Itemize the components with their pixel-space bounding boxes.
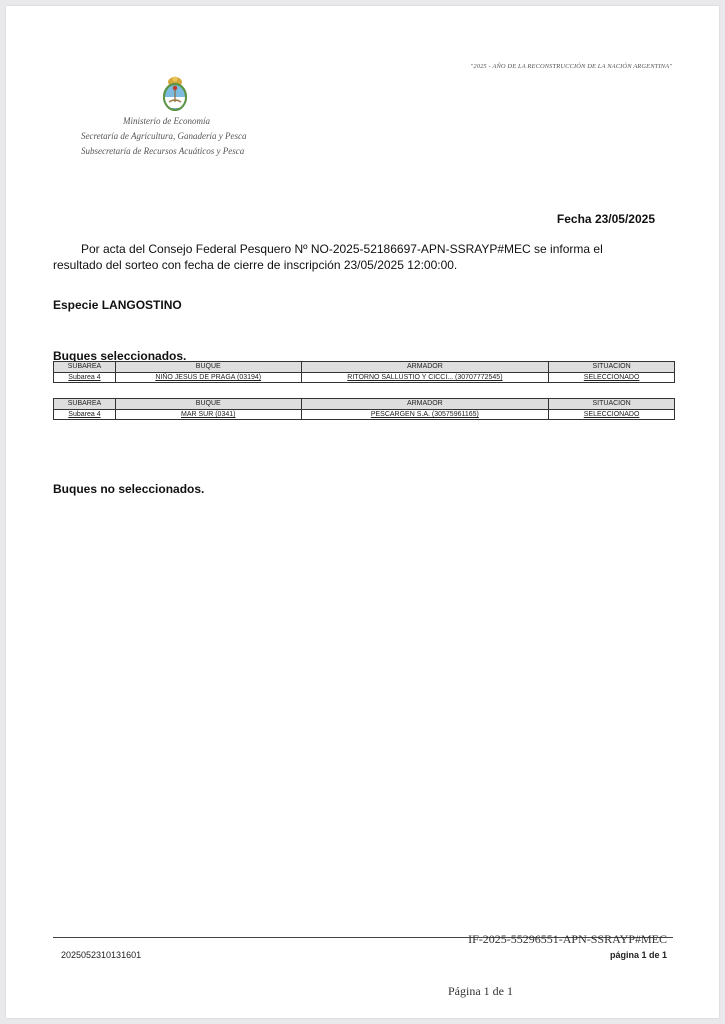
document-page: "2025 - AÑO DE LA RECONSTRUCCIÓN DE LA N… [6, 6, 719, 1018]
not-selected-vessels-heading: Buques no seleccionados. [53, 482, 204, 496]
cell-buque: NIÑO JESUS DE PRAGA (03194) [115, 373, 301, 383]
header-subarea: SUBAREA [54, 399, 116, 410]
document-date: Fecha 23/05/2025 [557, 212, 655, 226]
table-row: Subarea 4 MAR SUR (0341) PESCARGEN S.A. … [54, 410, 675, 420]
secretariat-name: Secretaría de Agricultura, Ganadería y P… [61, 129, 301, 144]
cell-situacion: SELECCIONADO [549, 373, 675, 383]
cell-subarea: Subarea 4 [54, 410, 116, 420]
ministry-letterhead: Ministerio de Economía Secretaría de Agr… [61, 114, 301, 159]
table-header-row: SUBAREA BUQUE ARMADOR SITUACION [54, 399, 675, 410]
header-armador: ARMADOR [301, 399, 549, 410]
year-motto: "2025 - AÑO DE LA RECONSTRUCCIÓN DE LA N… [416, 63, 672, 70]
header-buque: BUQUE [115, 399, 301, 410]
header-situacion: SITUACION [549, 399, 675, 410]
header-situacion: SITUACION [549, 362, 675, 373]
selected-vessels-table-1: SUBAREA BUQUE ARMADOR SITUACION Subarea … [53, 361, 675, 383]
intro-text: Por acta del Consejo Federal Pesquero Nº… [53, 242, 603, 272]
cell-subarea: Subarea 4 [54, 373, 116, 383]
species-heading: Especie LANGOSTINO [53, 298, 182, 312]
header-buque: BUQUE [115, 362, 301, 373]
subsecretariat-name: Subsecretaría de Recursos Acuáticos y Pe… [61, 144, 301, 159]
header-armador: ARMADOR [301, 362, 549, 373]
ministry-name: Ministerio de Economía [61, 114, 301, 129]
table-row: Subarea 4 NIÑO JESUS DE PRAGA (03194) RI… [54, 373, 675, 383]
barcode-number: 2025052310131601 [61, 950, 141, 960]
coat-of-arms-icon [158, 74, 192, 114]
page-indicator: Página 1 de 1 [448, 984, 513, 999]
cell-situacion: SELECCIONADO [549, 410, 675, 420]
table-header-row: SUBAREA BUQUE ARMADOR SITUACION [54, 362, 675, 373]
page-indicator-small: página 1 de 1 [610, 950, 667, 960]
header-subarea: SUBAREA [54, 362, 116, 373]
cell-armador: RITORNO SALLUSTIO Y CICCI... (3070777254… [301, 373, 549, 383]
intro-paragraph: Por acta del Consejo Federal Pesquero Nº… [53, 241, 653, 273]
cell-buque: MAR SUR (0341) [115, 410, 301, 420]
selected-vessels-table-2: SUBAREA BUQUE ARMADOR SITUACION Subarea … [53, 398, 675, 420]
document-id: IF-2025-55296551-APN-SSRAYP#MEC [468, 932, 667, 947]
cell-armador: PESCARGEN S.A. (30575961165) [301, 410, 549, 420]
